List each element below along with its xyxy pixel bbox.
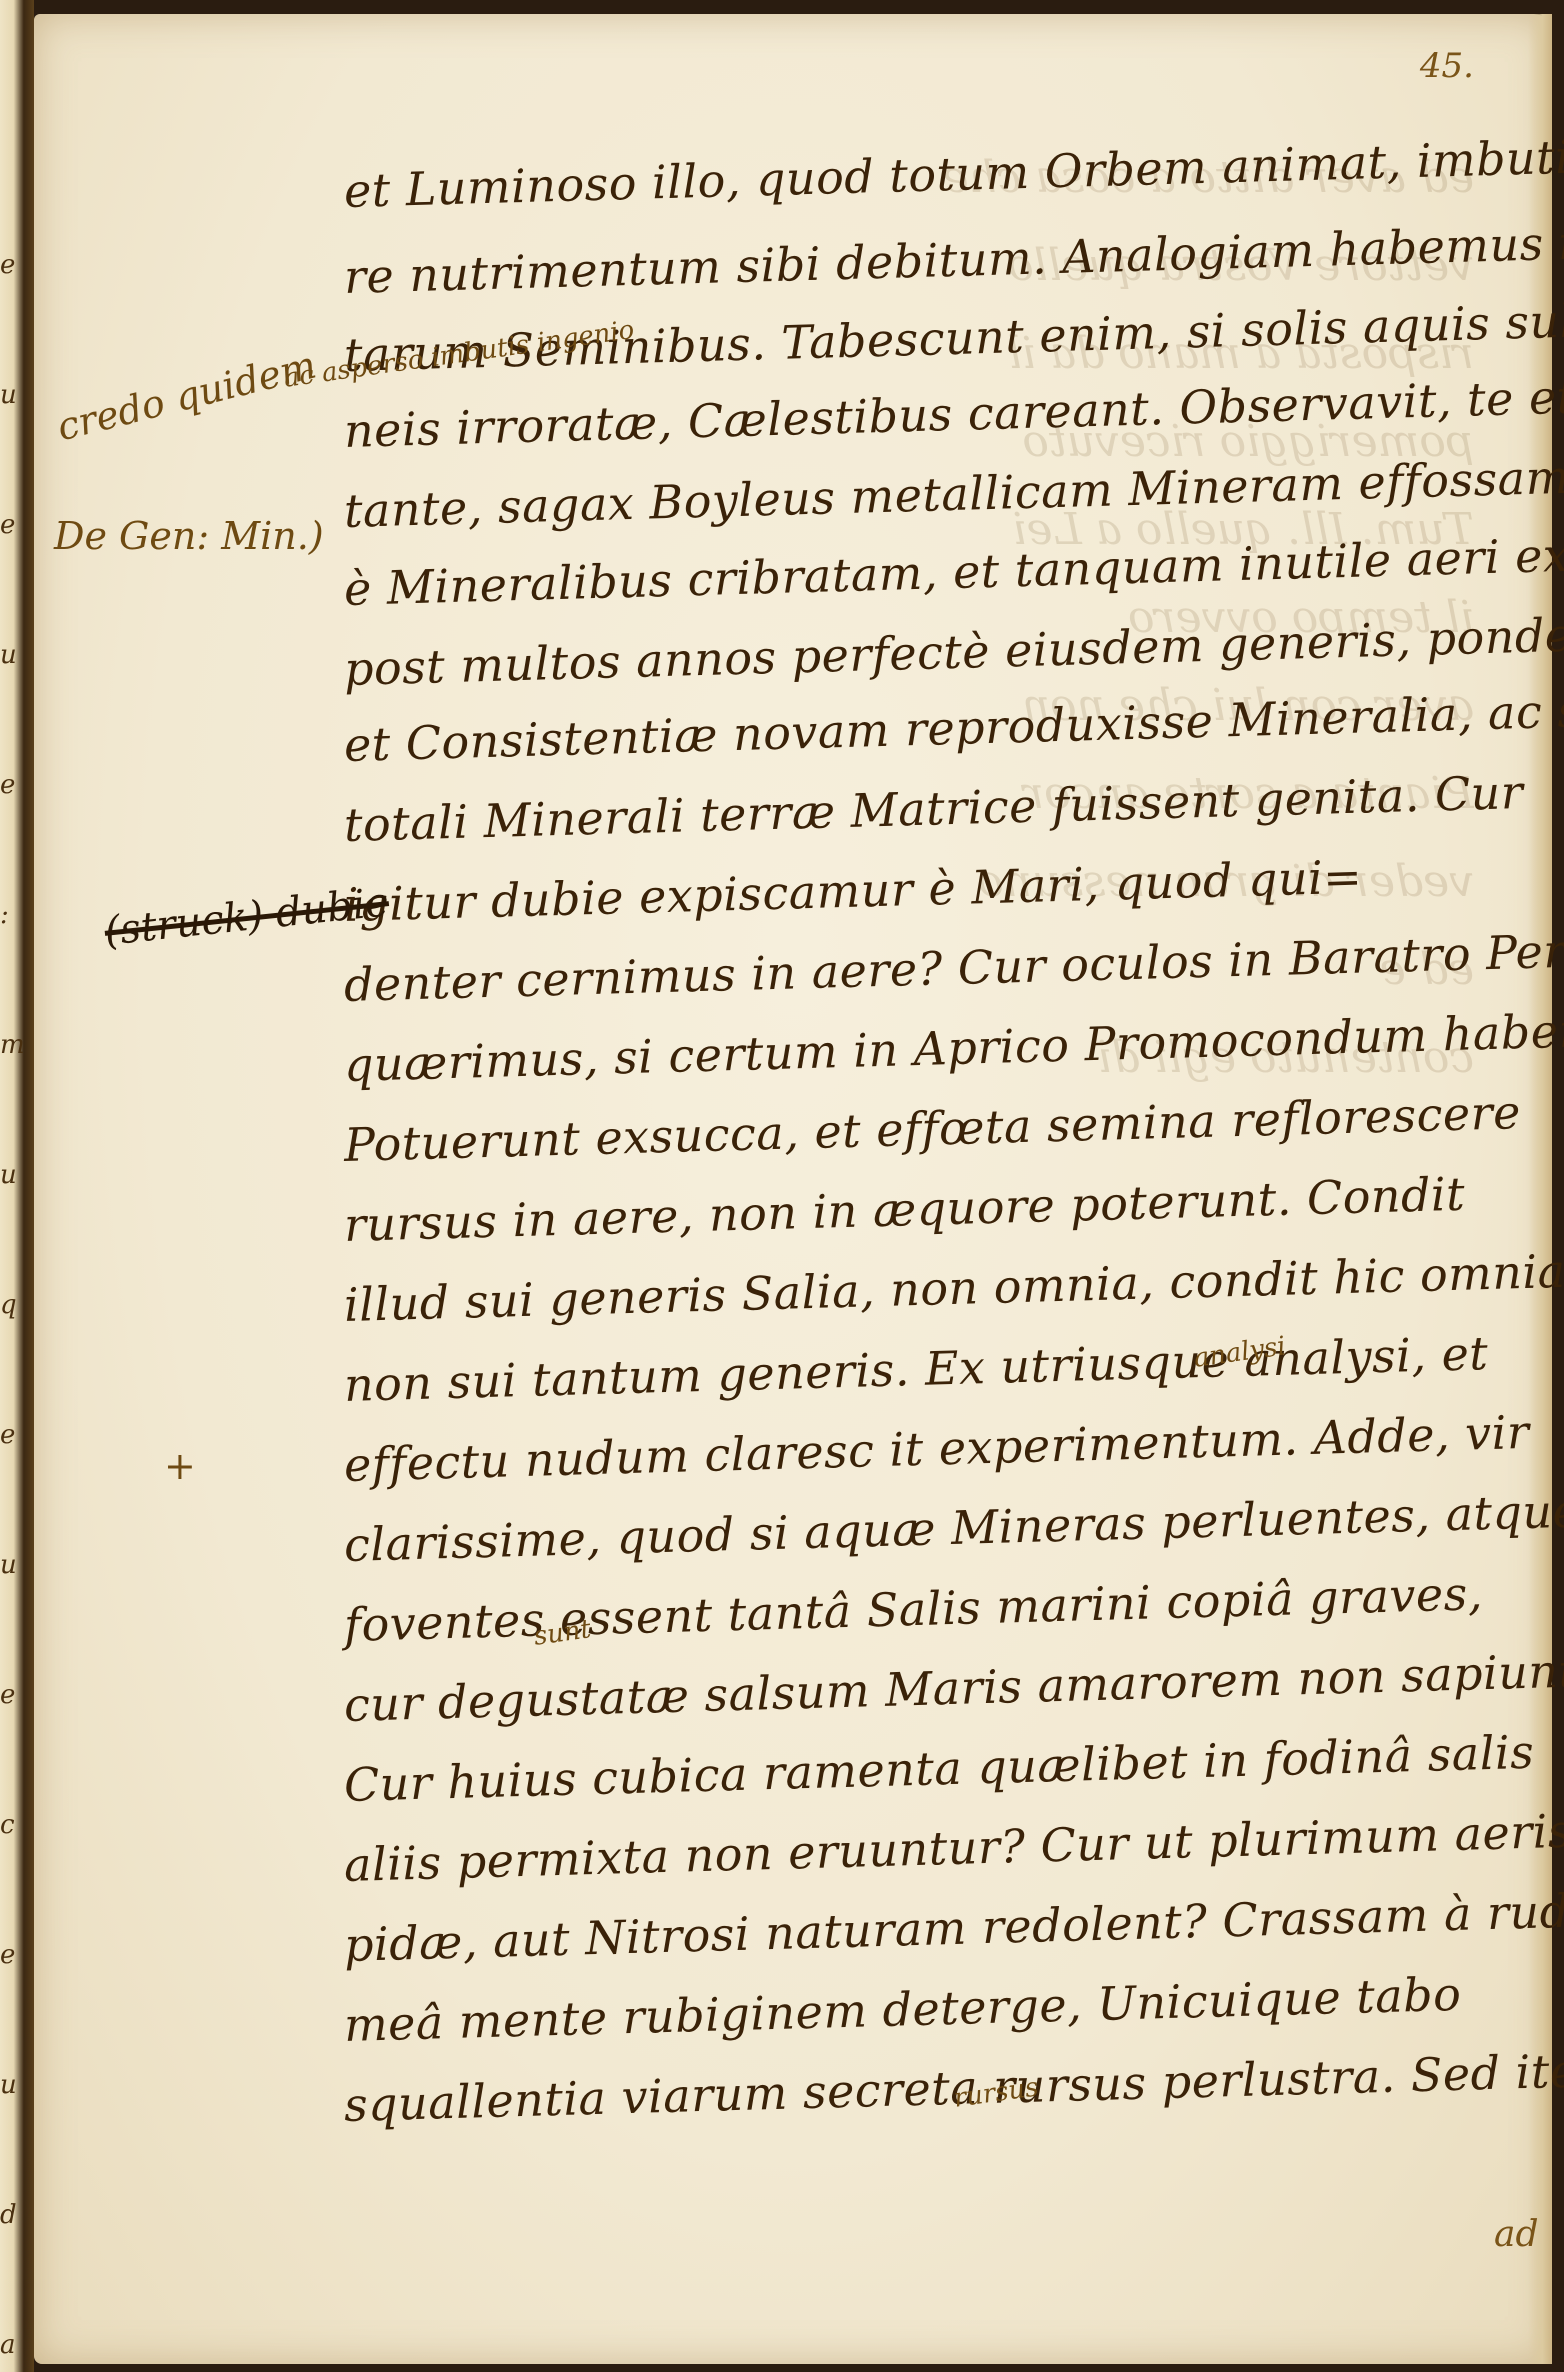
manuscript-page: ed aver ditto a cosa che vettore Vostra … [34,14,1552,2364]
facing-page-edge-text: eueue:muqeueceuda [0,0,24,2372]
book-spine: eueue:muqeueceuda [0,0,34,2372]
catchword: ad [1494,2214,1539,2255]
folio-number: 45. [1420,46,1474,86]
margin-note: De Gen: Min.) [54,514,324,558]
margin-cross-mark: + [164,1444,196,1488]
